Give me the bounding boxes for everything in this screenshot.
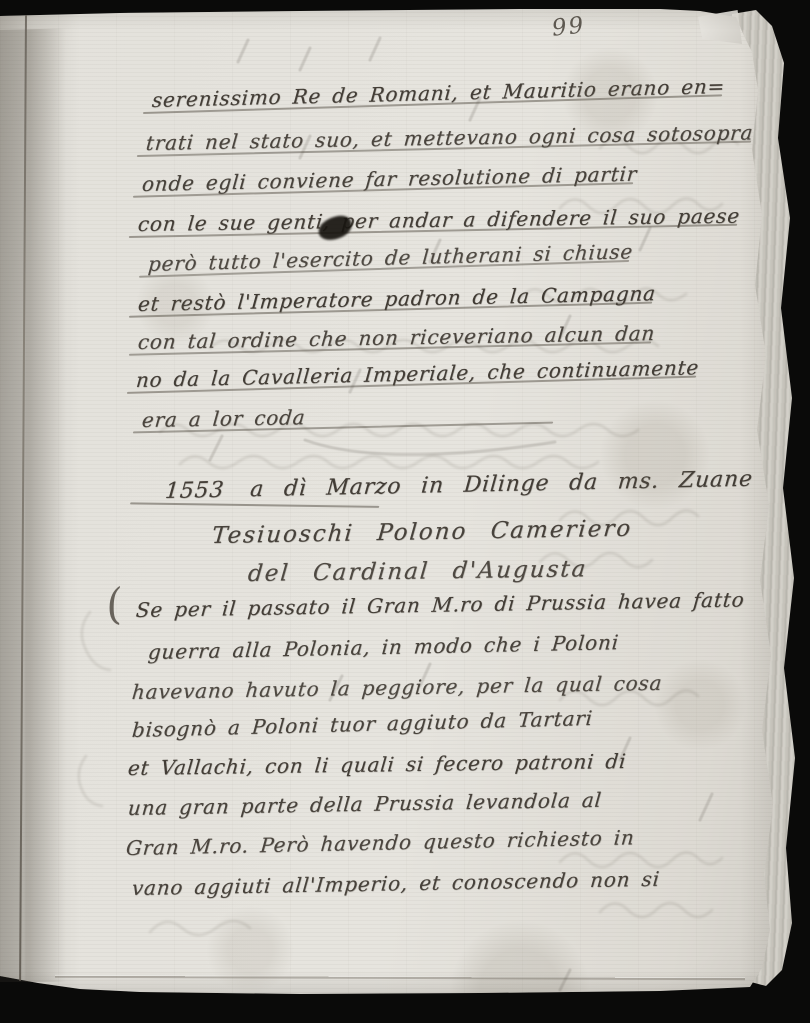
manuscript-photo: 99 serenissimo Re de Romani, et Mauritio… [0, 0, 810, 1023]
folio-page-number: 99 [551, 14, 587, 40]
dateline-year: 1553 [164, 478, 225, 504]
manuscript-page [0, 0, 810, 1023]
manuscript-line: del Cardinal d'Augusta [247, 555, 589, 589]
manuscript-line: era a lor coda [141, 405, 307, 433]
